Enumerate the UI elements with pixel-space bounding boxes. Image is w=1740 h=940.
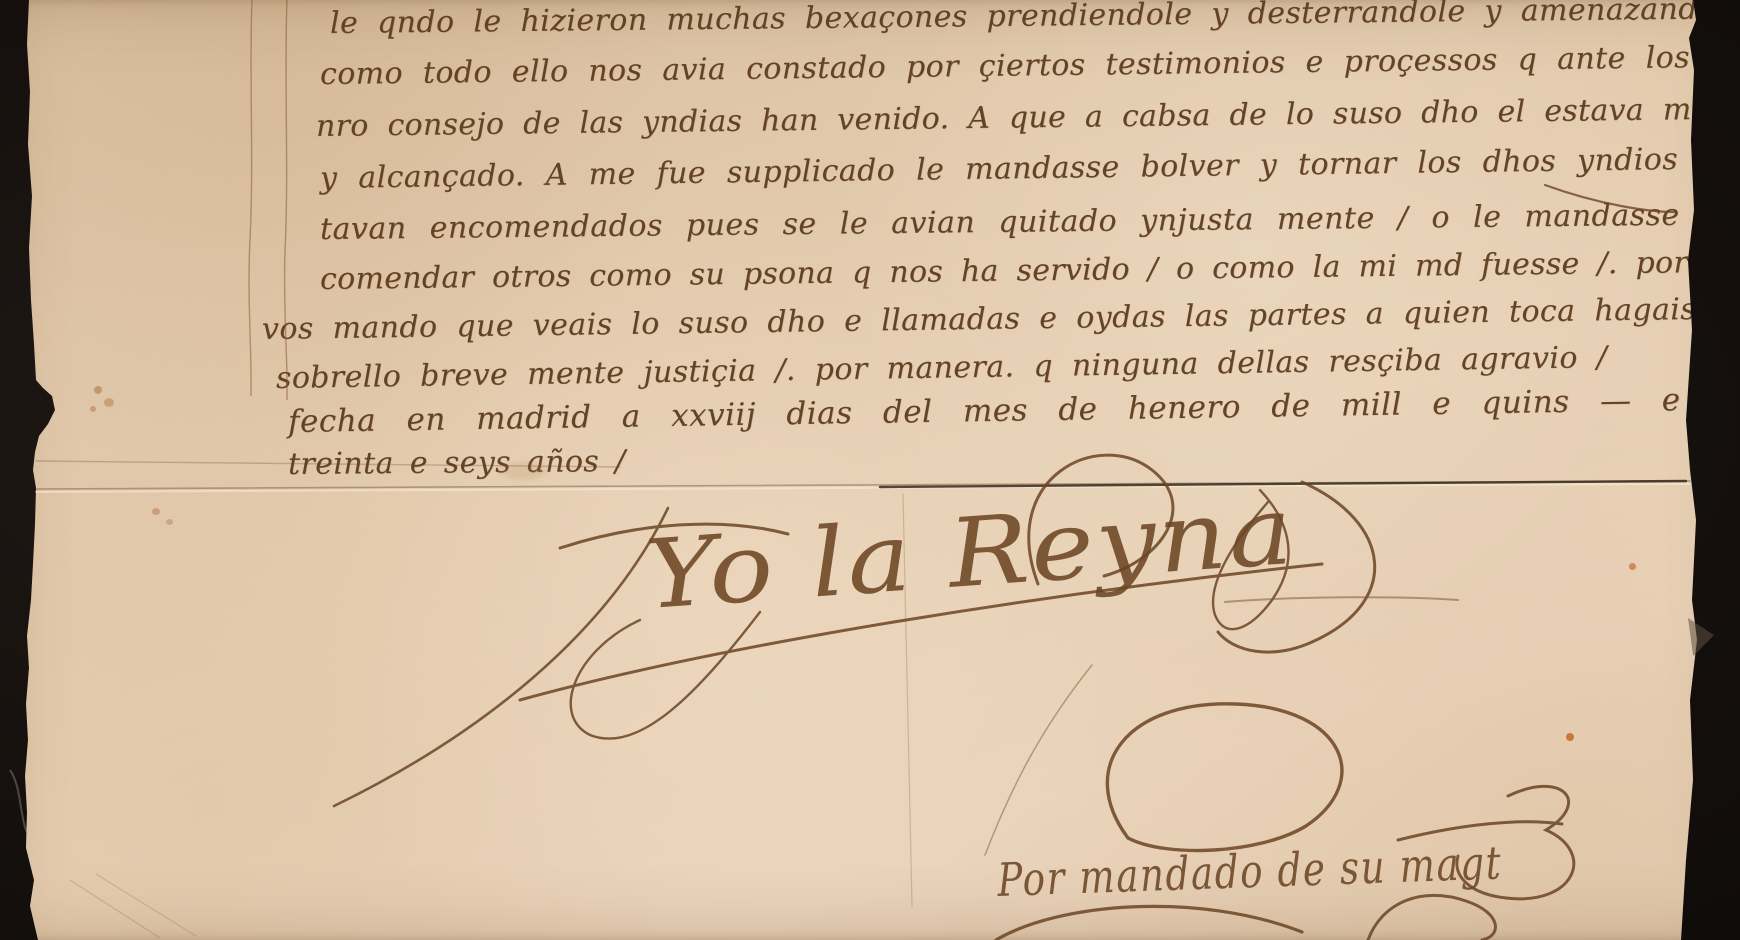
foxing-stain <box>90 406 96 412</box>
foxing-stain <box>1629 563 1636 570</box>
foxing-stain <box>152 508 160 515</box>
manuscript-paper: le qndo le hizieron muchas bexaçones pre… <box>0 0 1740 940</box>
manuscript-line: treinta e seys años / <box>288 444 626 482</box>
manuscript-line: vos mando que veais lo suso dho e llamad… <box>262 292 1697 347</box>
manuscript-line: como todo ello nos avia constado por çie… <box>320 39 1740 92</box>
manuscript-line: y alcançado. A me fue supplicado le mand… <box>320 140 1740 196</box>
manuscript-line: tavan encomendados pues se le avian quit… <box>320 197 1740 247</box>
foxing-stain <box>94 386 102 394</box>
manuscript-line: comendar otros como su psona q nos ha se… <box>320 243 1740 297</box>
photo-background: le qndo le hizieron muchas bexaçones pre… <box>0 0 1740 940</box>
foxing-stain <box>104 398 114 407</box>
ink-smudge <box>500 462 546 480</box>
foxing-stain <box>166 519 173 525</box>
manuscript-line: nro consejo de las yndias han venido. A … <box>316 90 1740 144</box>
manuscript-line: le qndo le hizieron muchas bexaçones pre… <box>330 0 1740 41</box>
foxing-stain <box>1566 733 1574 741</box>
